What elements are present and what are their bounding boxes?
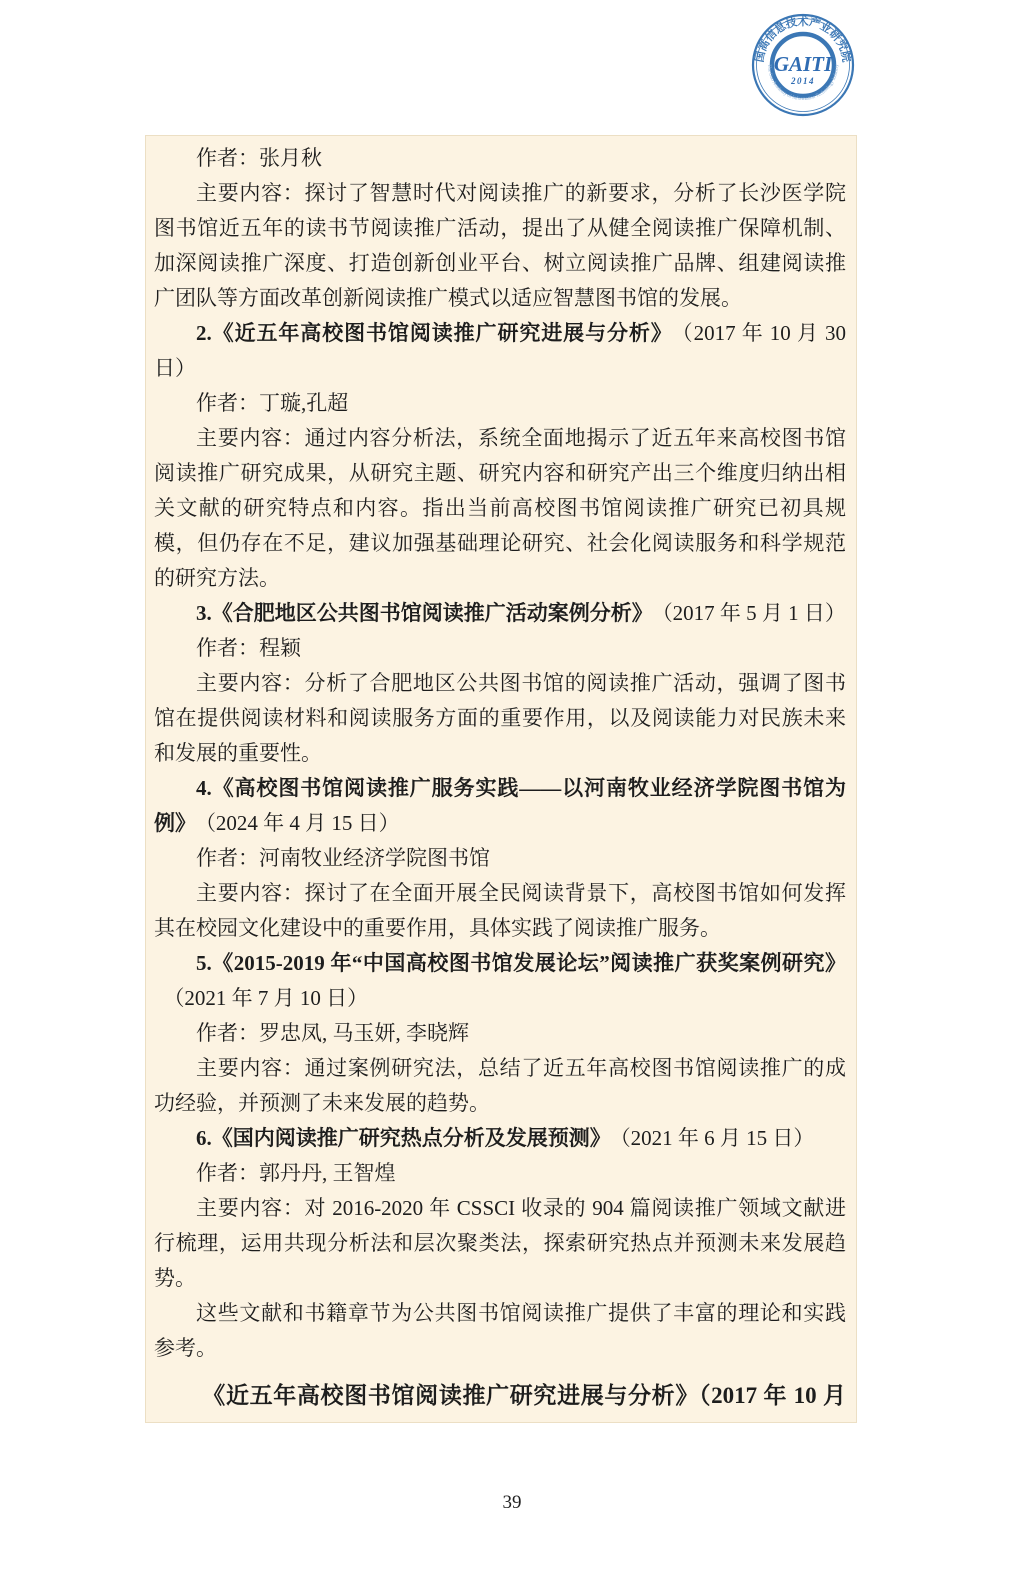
entry-title-line: 5.《2015-2019 年“中国高校图书馆发展论坛”阅读推广获奖案例研究》（2… <box>154 946 846 1016</box>
logo-year-text: 2014 <box>790 76 815 86</box>
reference-entry-2: 2.《近五年高校图书馆阅读推广研究进展与分析》（2017 年 10 月 30 日… <box>154 316 846 596</box>
entry-title: 5.《2015-2019 年“中国高校图书馆发展论坛”阅读推广获奖案例研究》 <box>196 951 846 975</box>
reference-entry-3: 3.《合肥地区公共图书馆阅读推广活动案例分析》（2017 年 5 月 1 日） … <box>154 596 846 771</box>
entry-author: 作者：程颖 <box>154 631 846 666</box>
gaiti-logo: 国高信息技术产业研究院 The Gao Academy of Informati… <box>751 13 855 117</box>
entry-title-line: 4.《高校图书馆阅读推广服务实践——以河南牧业经济学院图书馆为例》（2024 年… <box>154 771 846 841</box>
entry-author: 作者：河南牧业经济学院图书馆 <box>154 841 846 876</box>
page-number: 39 <box>0 1492 1024 1514</box>
entry-date: （2024 年 4 月 15 日） <box>205 811 399 835</box>
gaiti-logo-seal: 国高信息技术产业研究院 The Gao Academy of Informati… <box>751 13 855 117</box>
entry-title: 6.《国内阅读推广研究热点分析及发展预测》 <box>196 1126 611 1150</box>
entry-summary: 主要内容：通过案例研究法，总结了近五年高校图书馆阅读推广的成功经验，并预测了未来… <box>154 1051 846 1121</box>
entry-author: 作者：丁璇,孔超 <box>154 386 846 421</box>
reference-entry-4: 4.《高校图书馆阅读推广服务实践——以河南牧业经济学院图书馆为例》（2024 年… <box>154 771 846 946</box>
entry-summary: 主要内容：探讨了智慧时代对阅读推广的新要求，分析了长沙医学院图书馆近五年的读书节… <box>154 176 846 316</box>
entry-title-line: 6.《国内阅读推广研究热点分析及发展预测》（2021 年 6 月 15 日） <box>154 1121 846 1156</box>
logo-gaiti-text: GAITI <box>774 52 833 76</box>
entry-date: （2021 年 7 月 10 日） <box>163 986 368 1010</box>
closing-paragraph: 这些文献和书籍章节为公共图书馆阅读推广提供了丰富的理论和实践参考。 <box>154 1296 846 1366</box>
entry-author: 作者：张月秋 <box>154 141 846 176</box>
entry-summary: 主要内容：分析了合肥地区公共图书馆的阅读推广活动，强调了图书馆在提供阅读材料和阅… <box>154 666 846 771</box>
content-panel: 作者：张月秋 主要内容：探讨了智慧时代对阅读推广的新要求，分析了长沙医学院图书馆… <box>145 135 857 1423</box>
entry-date: （2017 年 5 月 1 日） <box>662 601 846 625</box>
entry-title-line: 2.《近五年高校图书馆阅读推广研究进展与分析》（2017 年 10 月 30 日… <box>154 316 846 386</box>
question-paragraph: 《近五年高校图书馆阅读推广研究进展与分析》（2017 年 10 月 30 日）是… <box>154 1372 846 1423</box>
entry-author: 作者：罗忠凤, 马玉妍, 李晓辉 <box>154 1016 846 1051</box>
reference-entry-5: 5.《2015-2019 年“中国高校图书馆发展论坛”阅读推广获奖案例研究》（2… <box>154 946 846 1121</box>
document-page: { "logo": { "text_main": "GAITI", "text_… <box>0 0 1024 1585</box>
reference-entry-6: 6.《国内阅读推广研究热点分析及发展预测》（2021 年 6 月 15 日） 作… <box>154 1121 846 1296</box>
reference-entry-1: 作者：张月秋 主要内容：探讨了智慧时代对阅读推广的新要求，分析了长沙医学院图书馆… <box>154 141 846 316</box>
entry-summary: 主要内容：探讨了在全面开展全民阅读背景下，高校图书馆如何发挥其在校园文化建设中的… <box>154 876 846 946</box>
entry-title: 3.《合肥地区公共图书馆阅读推广活动案例分析》 <box>196 601 653 625</box>
entry-author: 作者：郭丹丹, 王智煌 <box>154 1156 846 1191</box>
entry-summary: 主要内容：通过内容分析法，系统全面地揭示了近五年来高校图书馆阅读推广研究成果，从… <box>154 421 846 596</box>
entry-summary: 主要内容：对 2016-2020 年 CSSCI 收录的 904 篇阅读推广领域… <box>154 1191 846 1296</box>
entry-title-line: 3.《合肥地区公共图书馆阅读推广活动案例分析》（2017 年 5 月 1 日） <box>154 596 846 631</box>
entry-title: 2.《近五年高校图书馆阅读推广研究进展与分析》 <box>196 321 673 345</box>
entry-date: （2021 年 6 月 15 日） <box>620 1126 814 1150</box>
